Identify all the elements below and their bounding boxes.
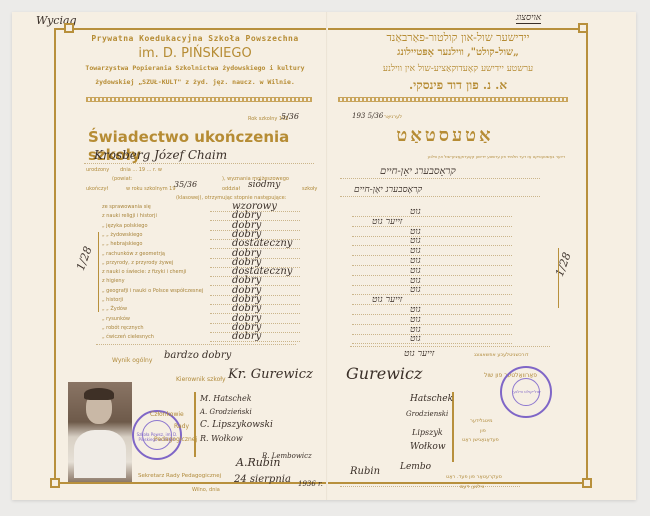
yiddish-overall-label: דורכשניטלעכע אפשאצונג bbox=[474, 352, 529, 358]
subjects-end-line bbox=[350, 346, 550, 347]
polish-student-name: Krosberg Józef Chaim bbox=[94, 148, 227, 162]
council-signature: Lipszyk bbox=[412, 428, 443, 437]
margin-bracket bbox=[558, 248, 559, 308]
council-signature: Wołkow bbox=[410, 442, 446, 452]
born-label: urodzony bbox=[86, 167, 109, 173]
polish-header-line4: żydowskiej „SZUŁ-KULT" z żyd. jęz. naucz… bbox=[60, 78, 330, 86]
place-date-label: Wilno, dnia bbox=[192, 487, 220, 493]
overall-label: Wynik ogólny bbox=[112, 357, 152, 364]
secretary-signature: A.Rubin bbox=[236, 456, 280, 469]
school-year-in-value: 35/36 bbox=[174, 180, 197, 189]
yiddish-header-line4: א. נ. פון דוד פינסקי. bbox=[330, 78, 586, 93]
born-suffix: dnia ... 19 ... r. w bbox=[120, 167, 162, 173]
grade-label: oddział bbox=[222, 186, 240, 192]
yiddish-council-label-3: פעדאַגאָגישן ראַט bbox=[462, 437, 499, 443]
grade-value: siódmy bbox=[248, 180, 280, 190]
polish-header-line3: Towarzystwa Popierania Szkolnictwa żydow… bbox=[60, 64, 330, 72]
margin-bracket bbox=[98, 232, 99, 312]
yiddish-father-name: קראָסבערג יאָן-חיים bbox=[354, 184, 422, 195]
subject-grade: זייער גוט bbox=[372, 216, 402, 227]
corner-note-right: אויסצוג bbox=[516, 12, 541, 24]
name-line bbox=[84, 163, 314, 164]
subject-label: „ języka polskiego bbox=[102, 223, 148, 229]
yiddish-place-label: ווילנע, דעם bbox=[460, 484, 484, 490]
subjects-end-line bbox=[96, 344, 296, 345]
subject-label: „ „ Żydów bbox=[102, 306, 127, 312]
council-signature: R. Wołkow bbox=[200, 434, 243, 443]
subject-label: „ „ hebrajskiego bbox=[102, 241, 143, 247]
subject-label: ze sprawowania się bbox=[102, 204, 151, 210]
yiddish-school-stamp: שול-קולט ווילנע bbox=[500, 366, 552, 418]
council-label-1: Członkowie bbox=[150, 411, 184, 418]
yiddish-header-line3: ערשטע יידישע קאָעדוקאַציע-שול אין ווילנע bbox=[330, 63, 586, 74]
council-label-3: Pedagogicznej bbox=[154, 436, 197, 443]
yiddish-council-label-2: פון bbox=[480, 428, 486, 434]
subject-label: „ robót ręcznych bbox=[102, 325, 144, 331]
principal-signature: Kr. Gurewicz bbox=[228, 367, 313, 382]
subject-label: z nauki o świecie: z fizyki i chemji bbox=[102, 269, 186, 275]
council-signature: Grodzienski bbox=[406, 410, 448, 418]
yiddish-council-label-1: מיטגלידער bbox=[470, 418, 492, 424]
yiddish-document-title: אַטעסטאַט bbox=[380, 125, 510, 146]
polish-school-year-value: 5/36 bbox=[281, 112, 299, 121]
subject-label: „ rysunków bbox=[102, 316, 130, 322]
overall-value: bardzo dobry bbox=[164, 350, 231, 361]
yiddish-secretary-signature: Rubin bbox=[350, 466, 380, 477]
polish-header-line2: im. D. PIŃSKIEGO bbox=[60, 46, 330, 61]
council-signature: A. Grodzieński bbox=[200, 408, 252, 416]
district-label: (powiat: bbox=[112, 176, 132, 182]
subject-grade: גוט bbox=[410, 284, 421, 295]
yiddish-header-line1: יידישער שול-און קולטור-פאַרבאַנד bbox=[330, 31, 586, 44]
subject-label: „ „ żydowskiego bbox=[102, 232, 142, 238]
place-line bbox=[340, 486, 520, 487]
yiddish-principal-signature: Gurewicz bbox=[346, 364, 422, 383]
yiddish-secretary-label: סעקרעטאַר פון פעד. ראַט bbox=[446, 474, 502, 480]
subject-label: „ geografji i nauki o Polsce współczesne… bbox=[102, 288, 203, 294]
student-photo bbox=[68, 382, 132, 482]
date-value: 24 sierpnia bbox=[234, 474, 291, 485]
secretary-label: Sekretarz Rady Pedagogicznej bbox=[138, 473, 221, 479]
yiddish-secretary-signature-2: Lembo bbox=[400, 462, 431, 472]
decorative-border-bar bbox=[338, 97, 568, 102]
subject-label: z nauki religji i historji bbox=[102, 213, 157, 219]
yiddish-school-year-value: 193 5/36 bbox=[352, 112, 383, 120]
frame-corner-ornament bbox=[582, 478, 592, 488]
subject-grade: זייער גוט bbox=[372, 294, 402, 305]
subject-grade: גוט bbox=[410, 206, 421, 217]
principal-label: Kierownik szkoły bbox=[176, 376, 226, 383]
yiddish-header-line2: „שול-קולט", ווילנער אָפּטיילונג bbox=[330, 47, 586, 58]
school-label: szkoły bbox=[302, 186, 317, 192]
polish-header-line1: Prywatna Koedukacyjna Szkoła Powszechna bbox=[60, 34, 330, 43]
completed-label: ukończył bbox=[86, 186, 108, 192]
subject-label: „ rachunków z geometrją bbox=[102, 251, 165, 257]
subject-label: „ historji bbox=[102, 297, 123, 303]
subject-label: z higieny bbox=[102, 278, 125, 284]
subject-label: „ przyrody, z przyrody żywej bbox=[102, 260, 173, 266]
decorative-border-bar bbox=[86, 97, 312, 102]
name-line bbox=[340, 178, 540, 179]
subject-grade: dobry bbox=[232, 331, 261, 342]
yiddish-student-name: קראָסבערג יאָן-חיים bbox=[380, 166, 456, 177]
council-bracket bbox=[194, 392, 196, 457]
frame-corner-ornament bbox=[64, 23, 74, 33]
subject-label: „ ćwiczeń cielesnych bbox=[102, 334, 154, 340]
frame-corner-ornament bbox=[50, 478, 60, 488]
subject-grade: גוט bbox=[410, 333, 421, 344]
council-label-2: Rady bbox=[174, 423, 189, 430]
council-signature: M. Hatschek bbox=[200, 394, 252, 403]
school-year-in-label: w roku szkolnym 19 bbox=[126, 186, 176, 192]
council-signature: C. Lipszykowski bbox=[200, 420, 273, 430]
father-line bbox=[340, 196, 540, 197]
yiddish-overall-value: זייער גוט bbox=[404, 348, 434, 359]
council-signature: Hatschek bbox=[410, 394, 453, 404]
yiddish-school-year-label: לערניאָר bbox=[384, 114, 402, 120]
year-value: 1936 r. bbox=[298, 480, 323, 488]
